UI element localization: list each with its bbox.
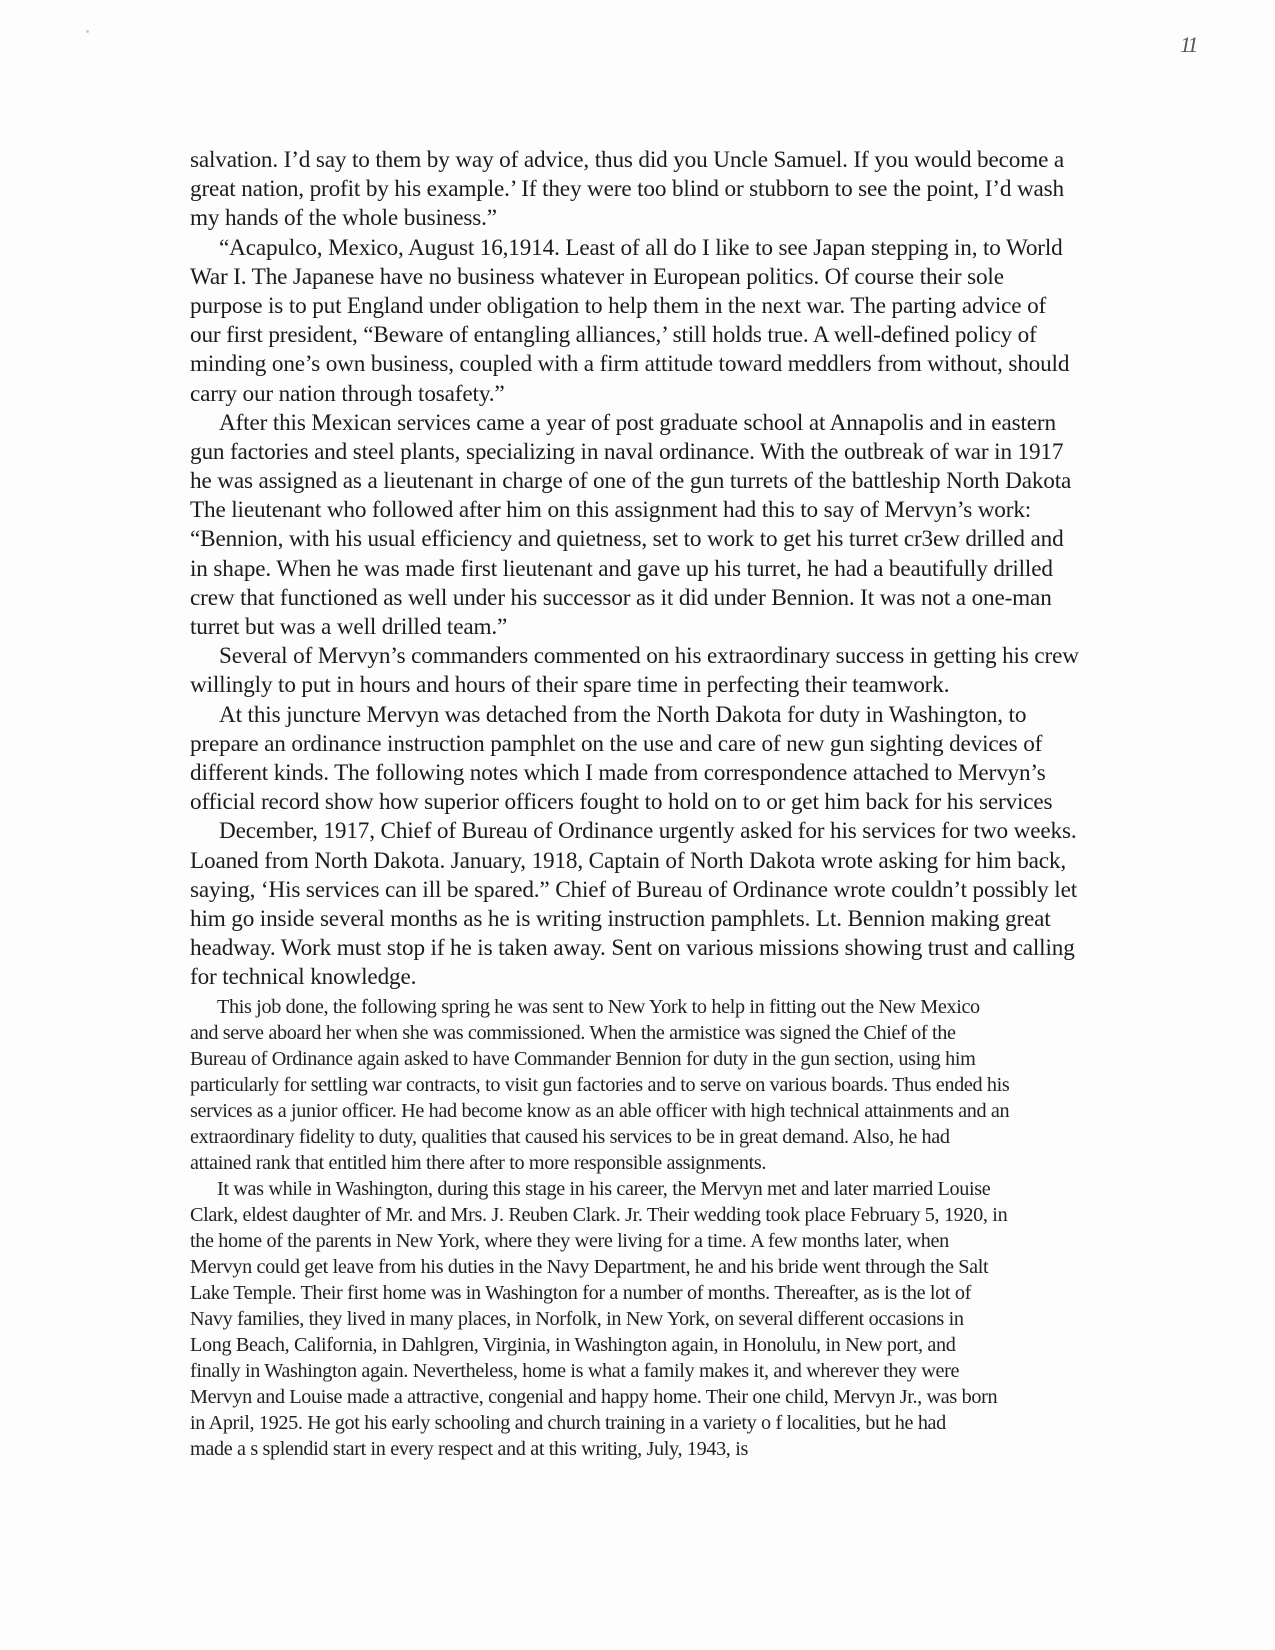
text-line: made a s splendid start in every respect… [190, 1436, 1150, 1462]
paragraph-p4: Several of Mervyn’s commanders commented… [190, 642, 1150, 700]
text-line: This job done, the following spring he w… [190, 994, 1150, 1020]
text-line: Clark, eldest daughter of Mr. and Mrs. J… [190, 1202, 1150, 1228]
text-line: prepare an ordinance instruction pamphle… [190, 730, 1150, 759]
paragraph-p5: At this juncture Mervyn was detached fro… [190, 701, 1150, 818]
text-line: carry our nation through tosafety.” [190, 380, 1150, 409]
text-line: purpose is to put England under obligati… [190, 292, 1150, 321]
text-line: him go inside several months as he is wr… [190, 905, 1150, 934]
text-line: Lake Temple. Their first home was in Was… [190, 1280, 1150, 1306]
text-line: in shape. When he was made first lieuten… [190, 555, 1150, 584]
text-line: extraordinary fidelity to duty, qualitie… [190, 1124, 1150, 1150]
text-line: different kinds. The following notes whi… [190, 759, 1150, 788]
text-line: “Bennion, with his usual efficiency and … [190, 525, 1150, 554]
text-line: It was while in Washington, during this … [190, 1176, 1150, 1202]
text-line: Navy families, they lived in many places… [190, 1306, 1150, 1332]
body-section-small-type: This job done, the following spring he w… [190, 994, 1150, 1462]
text-line: my hands of the whole business.” [190, 204, 1150, 233]
text-line: War I. The Japanese have no business wha… [190, 263, 1150, 292]
page-number: 11 [1180, 32, 1196, 58]
body-section-large-type: salvation. I’d say to them by way of adv… [190, 146, 1150, 992]
text-line: saying, ‘His services can ill be spared.… [190, 876, 1150, 905]
scan-speck [86, 30, 89, 33]
paragraph-p6: December, 1917, Chief of Bureau of Ordin… [190, 817, 1150, 992]
paragraph-p3: After this Mexican services came a year … [190, 409, 1150, 643]
paragraph-p2: “Acapulco, Mexico, August 16,1914. Least… [190, 234, 1150, 409]
text-line: finally in Washington again. Nevertheles… [190, 1358, 1150, 1384]
text-line: gun factories and steel plants, speciali… [190, 438, 1150, 467]
text-line: crew that functioned as well under his s… [190, 584, 1150, 613]
text-line: services as a junior officer. He had bec… [190, 1098, 1150, 1124]
text-line: “Acapulco, Mexico, August 16,1914. Least… [190, 234, 1150, 263]
text-line: December, 1917, Chief of Bureau of Ordin… [190, 817, 1150, 846]
text-line: for technical knowledge. [190, 963, 1150, 992]
text-line: Mervyn could get leave from his duties i… [190, 1254, 1150, 1280]
text-line: particularly for settling war contracts,… [190, 1072, 1150, 1098]
text-line: our first president, “Beware of entangli… [190, 321, 1150, 350]
text-line: turret but was a well drilled team.” [190, 613, 1150, 642]
text-line: minding one’s own business, coupled with… [190, 350, 1150, 379]
text-line: and serve aboard her when she was commis… [190, 1020, 1150, 1046]
text-line: Long Beach, California, in Dahlgren, Vir… [190, 1332, 1150, 1358]
paragraph-p1: salvation. I’d say to them by way of adv… [190, 146, 1150, 234]
text-line: Loaned from North Dakota. January, 1918,… [190, 847, 1150, 876]
document-page: 11 salvation. I’d say to them by way of … [0, 0, 1275, 1650]
text-line: At this juncture Mervyn was detached fro… [190, 701, 1150, 730]
text-line: the home of the parents in New York, whe… [190, 1228, 1150, 1254]
text-line: After this Mexican services came a year … [190, 409, 1150, 438]
document-body: salvation. I’d say to them by way of adv… [190, 146, 1150, 1462]
text-line: in April, 1925. He got his early schooli… [190, 1410, 1150, 1436]
text-line: Mervyn and Louise made a attractive, con… [190, 1384, 1150, 1410]
text-line: attained rank that entitled him there af… [190, 1150, 1150, 1176]
text-line: Several of Mervyn’s commanders commented… [190, 642, 1150, 671]
text-line: he was assigned as a lieutenant in charg… [190, 467, 1150, 496]
text-line: salvation. I’d say to them by way of adv… [190, 146, 1150, 175]
text-line: willingly to put in hours and hours of t… [190, 671, 1150, 700]
text-line: The lieutenant who followed after him on… [190, 496, 1150, 525]
text-line: official record show how superior office… [190, 788, 1150, 817]
text-line: Bureau of Ordinance again asked to have … [190, 1046, 1150, 1072]
paragraph-p8: It was while in Washington, during this … [190, 1176, 1150, 1462]
paragraph-p7: This job done, the following spring he w… [190, 994, 1150, 1176]
text-line: great nation, profit by his example.’ If… [190, 175, 1150, 204]
text-line: headway. Work must stop if he is taken a… [190, 934, 1150, 963]
